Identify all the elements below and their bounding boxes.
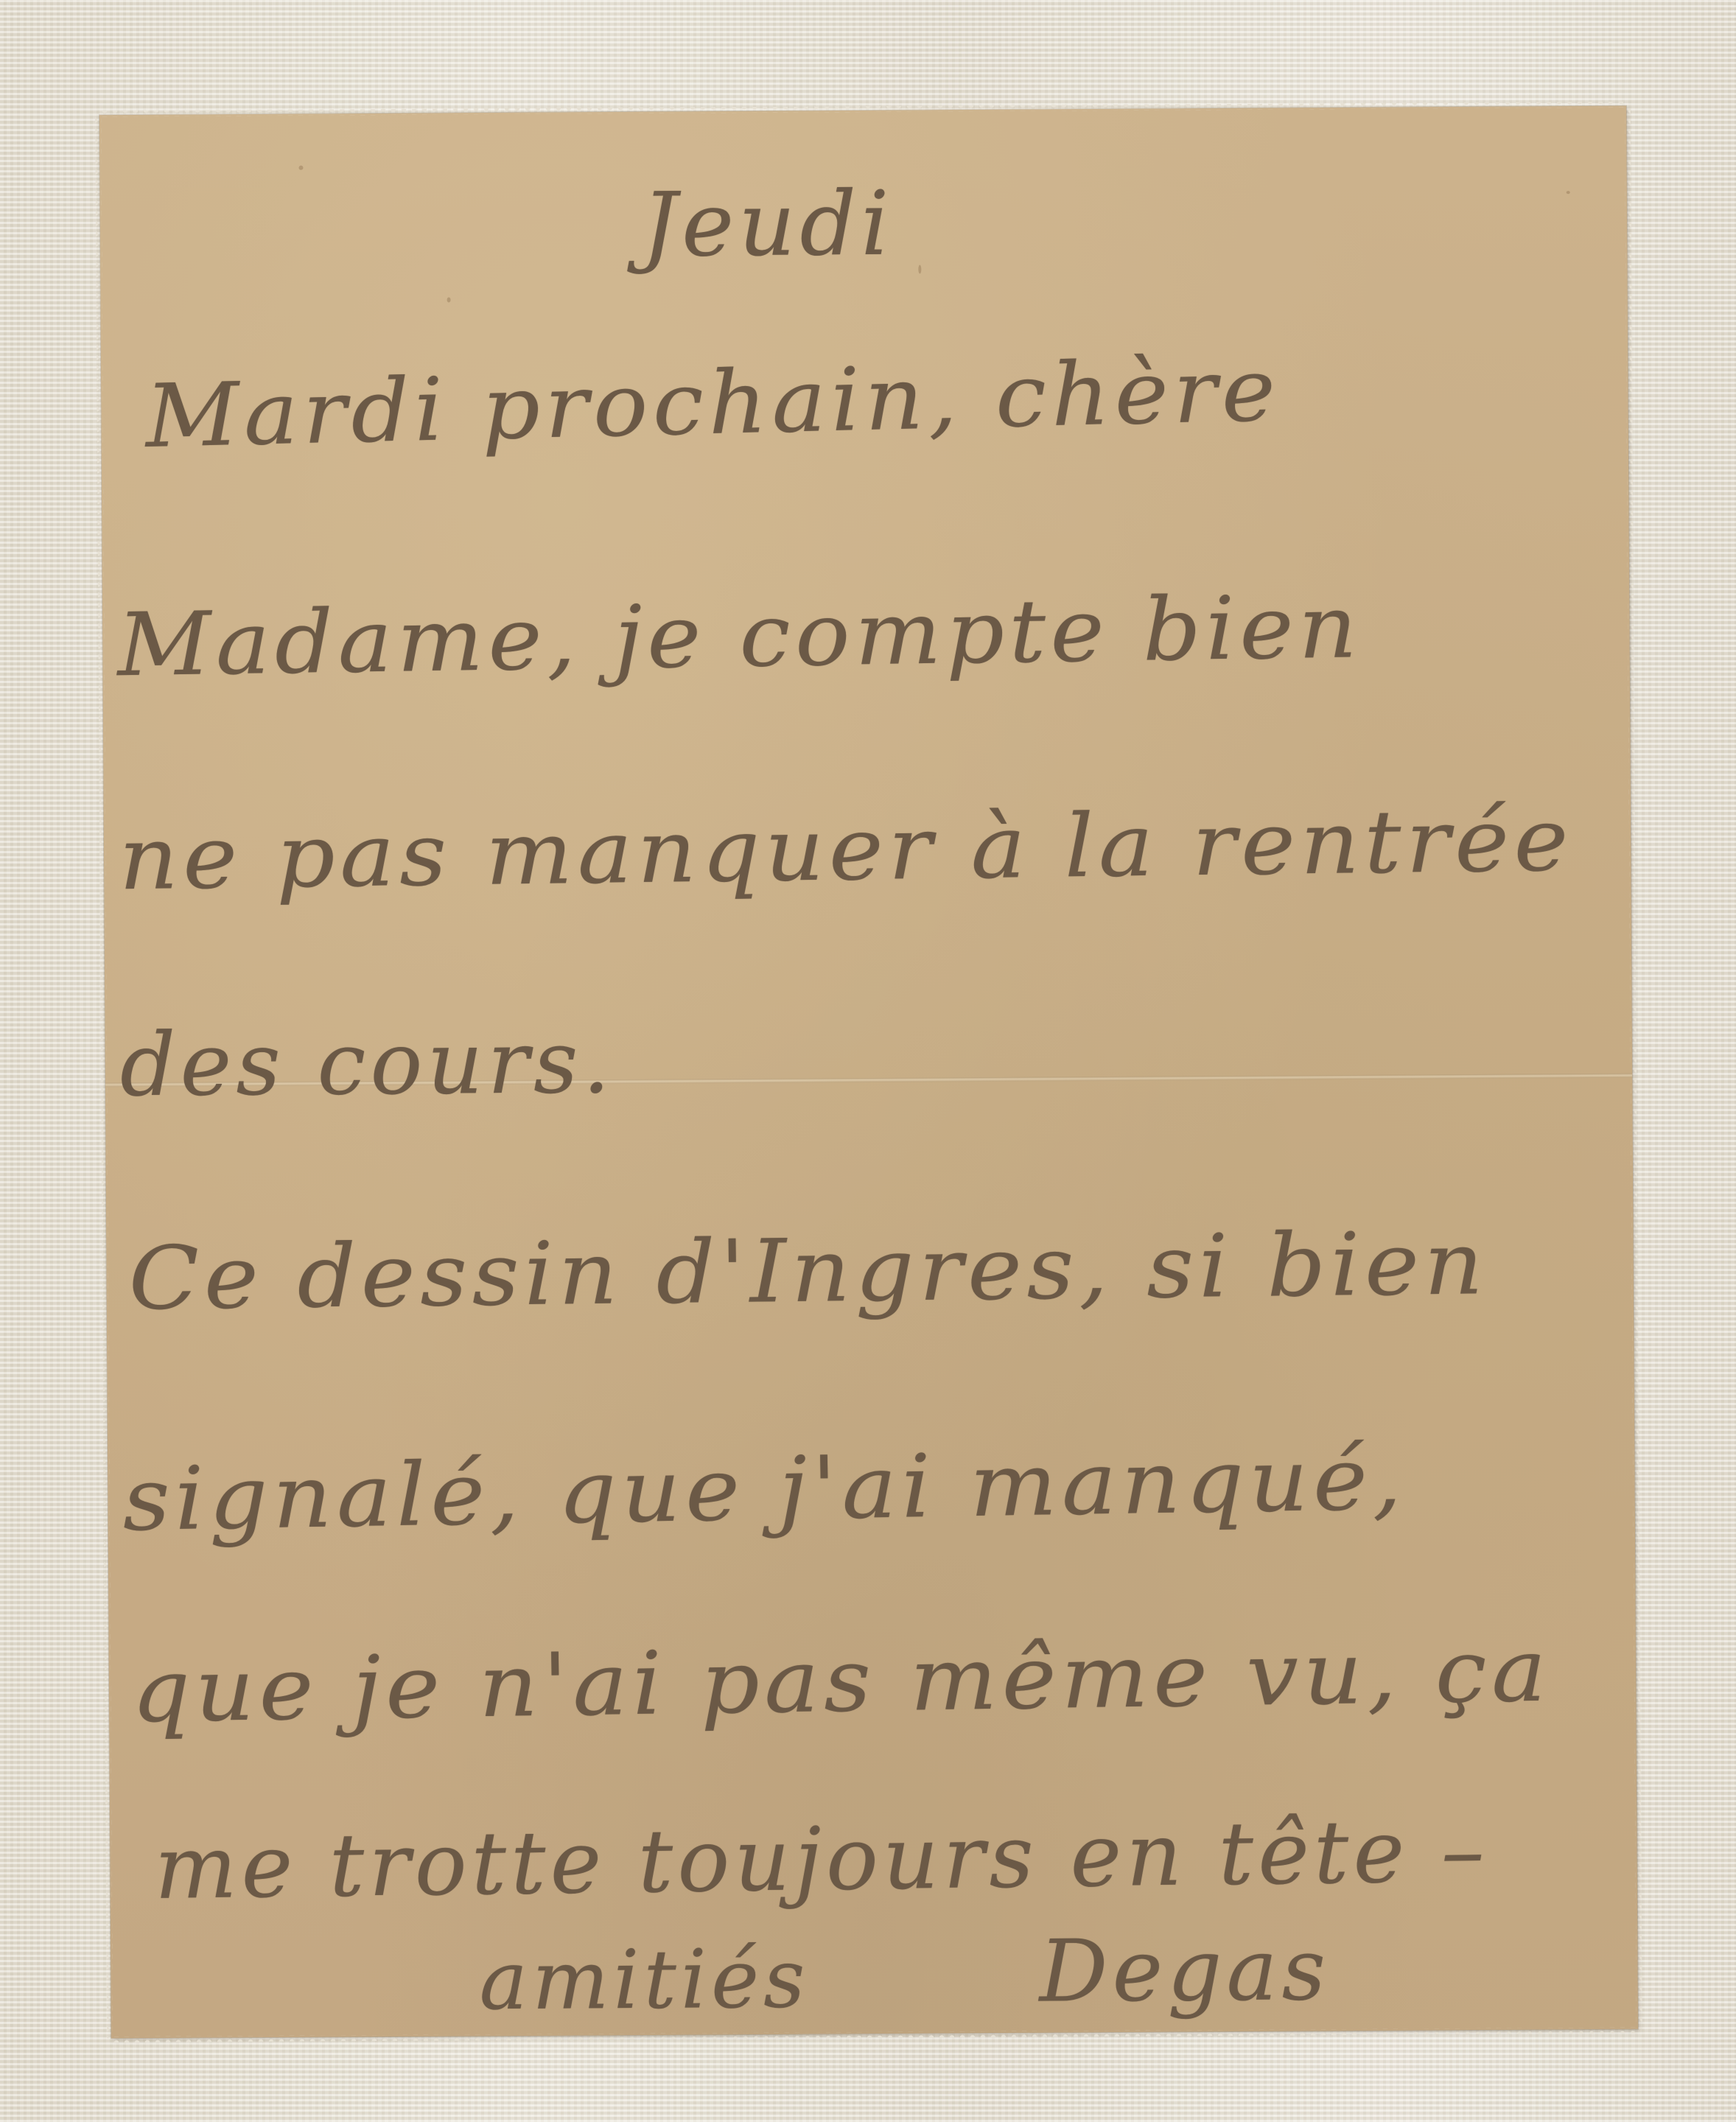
letter-line-8: me trotte toujours en tête –: [154, 1807, 1490, 1911]
letter-signature: Degas: [1039, 1927, 1330, 2014]
letter-text: Jeudi Mardi prochain, chère Madame, je c…: [99, 106, 1638, 2039]
letter-line-1: Mardi prochain, chère: [144, 346, 1281, 460]
letter-dateline: Jeudi: [642, 181, 894, 270]
letter-line-2: Madame, je compte bien: [117, 583, 1362, 688]
letter-line-7: que je n'ai pas même vu, ça: [130, 1627, 1551, 1735]
letter-line-3: ne pas manquer à la rentrée: [118, 796, 1573, 902]
fabric-mount-background: Jeudi Mardi prochain, chère Madame, je c…: [0, 0, 1736, 2122]
letter-card: Jeudi Mardi prochain, chère Madame, je c…: [99, 106, 1638, 2039]
letter-closing: amitiés: [479, 1939, 810, 2022]
letter-line-6: signalé, que j'ai manqué,: [122, 1435, 1407, 1543]
letter-line-4: des cours.: [120, 1018, 615, 1108]
letter-line-5: Ce dessin d'Ingres, si bien: [128, 1219, 1488, 1322]
